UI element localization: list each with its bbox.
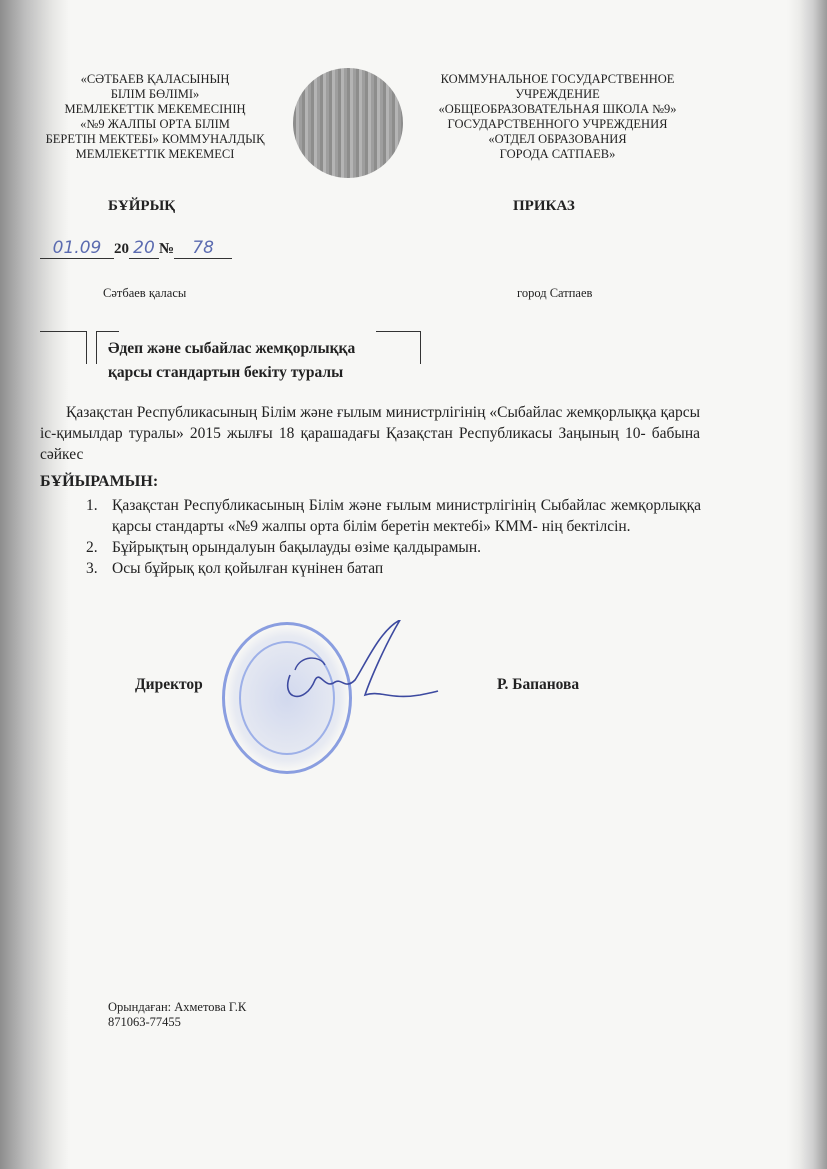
executor-name: Орындаған: Ахметова Г.К bbox=[108, 1000, 246, 1015]
order-subject: Әдеп және сыбайлас жемқорлыққа қарсы ста… bbox=[108, 337, 355, 385]
state-emblem-icon bbox=[293, 68, 403, 178]
subject-line: қарсы стандартын бекіту туралы bbox=[108, 361, 355, 385]
bracket-subject-right bbox=[376, 331, 421, 364]
date-year-suffix: 20 bbox=[129, 238, 159, 259]
order-item: 3.Осы бұйрық қол қойылған күнінен батап bbox=[86, 558, 701, 579]
order-items: 1.Қазақстан Республикасының Білім және ғ… bbox=[86, 495, 701, 579]
header-ru-line: «ОБЩЕОБРАЗОВАТЕЛЬНАЯ ШКОЛА №9» bbox=[405, 102, 710, 117]
header-kz-line: БІЛІМ БӨЛІМІ» bbox=[20, 87, 290, 102]
order-number: 78 bbox=[174, 238, 232, 259]
signature-icon bbox=[270, 620, 440, 720]
header-ru-line: УЧРЕЖДЕНИЕ bbox=[405, 87, 710, 102]
title-ru: ПРИКАЗ bbox=[513, 198, 575, 215]
signatory-title: Директор bbox=[135, 676, 203, 694]
executor-phone: 871063-77455 bbox=[108, 1015, 246, 1030]
header-kz-line: МЕМЛЕКЕТТІК МЕКЕМЕСІ bbox=[20, 147, 290, 162]
header-kz-line: БЕРЕТІН МЕКТЕБІ» КОММУНАЛДЫҚ bbox=[20, 132, 290, 147]
date-year-prefix: 20 bbox=[114, 241, 129, 257]
header-kz-line: «№9 ЖАЛПЫ ОРТА БІЛІМ bbox=[20, 117, 290, 132]
date-day-month: 01.09 bbox=[40, 238, 114, 259]
order-date-number: 01.092020№78 bbox=[40, 238, 232, 259]
scan-shadow-right bbox=[787, 0, 827, 1169]
number-sign: № bbox=[159, 241, 174, 257]
signatory-name: Р. Бапанова bbox=[497, 676, 579, 694]
header-ru-line: КОММУНАЛЬНОЕ ГОСУДАРСТВЕННОЕ bbox=[405, 72, 710, 87]
header-kz: «СӘТБАЕВ ҚАЛАСЫНЫҢ БІЛІМ БӨЛІМІ» МЕМЛЕКЕ… bbox=[20, 72, 290, 162]
scan-shadow-left bbox=[0, 0, 70, 1169]
header-ru-line: ГОСУДАРСТВЕННОГО УЧРЕЖДЕНИЯ bbox=[405, 117, 710, 132]
order-word: БҰЙЫРАМЫН: bbox=[40, 473, 158, 491]
city-ru: город Сатпаев bbox=[517, 286, 592, 301]
order-item: 2.Бұйрықтың орындалуын бақылауды өзіме қ… bbox=[86, 537, 701, 558]
header-ru-line: «ОТДЕЛ ОБРАЗОВАНИЯ bbox=[405, 132, 710, 147]
subject-line: Әдеп және сыбайлас жемқорлыққа bbox=[108, 337, 355, 361]
header-kz-line: «СӘТБАЕВ ҚАЛАСЫНЫҢ bbox=[20, 72, 290, 87]
order-item: 1.Қазақстан Республикасының Білім және ғ… bbox=[86, 495, 701, 537]
footer-executor: Орындаған: Ахметова Г.К 871063-77455 bbox=[108, 1000, 246, 1030]
preamble: Қазақстан Республикасының Білім және ғыл… bbox=[40, 402, 700, 465]
title-kz: БҰЙРЫҚ bbox=[108, 198, 175, 215]
bracket-left bbox=[40, 331, 87, 364]
header-kz-line: МЕМЛЕКЕТТІК МЕКЕМЕСІНІҢ bbox=[20, 102, 290, 117]
city-kz: Сәтбаев қаласы bbox=[103, 286, 186, 301]
header-ru-line: ГОРОДА САТПАЕВ» bbox=[405, 147, 710, 162]
header-ru: КОММУНАЛЬНОЕ ГОСУДАРСТВЕННОЕ УЧРЕЖДЕНИЕ … bbox=[405, 72, 710, 162]
preamble-text: Қазақстан Республикасының Білім және ғыл… bbox=[40, 404, 700, 463]
